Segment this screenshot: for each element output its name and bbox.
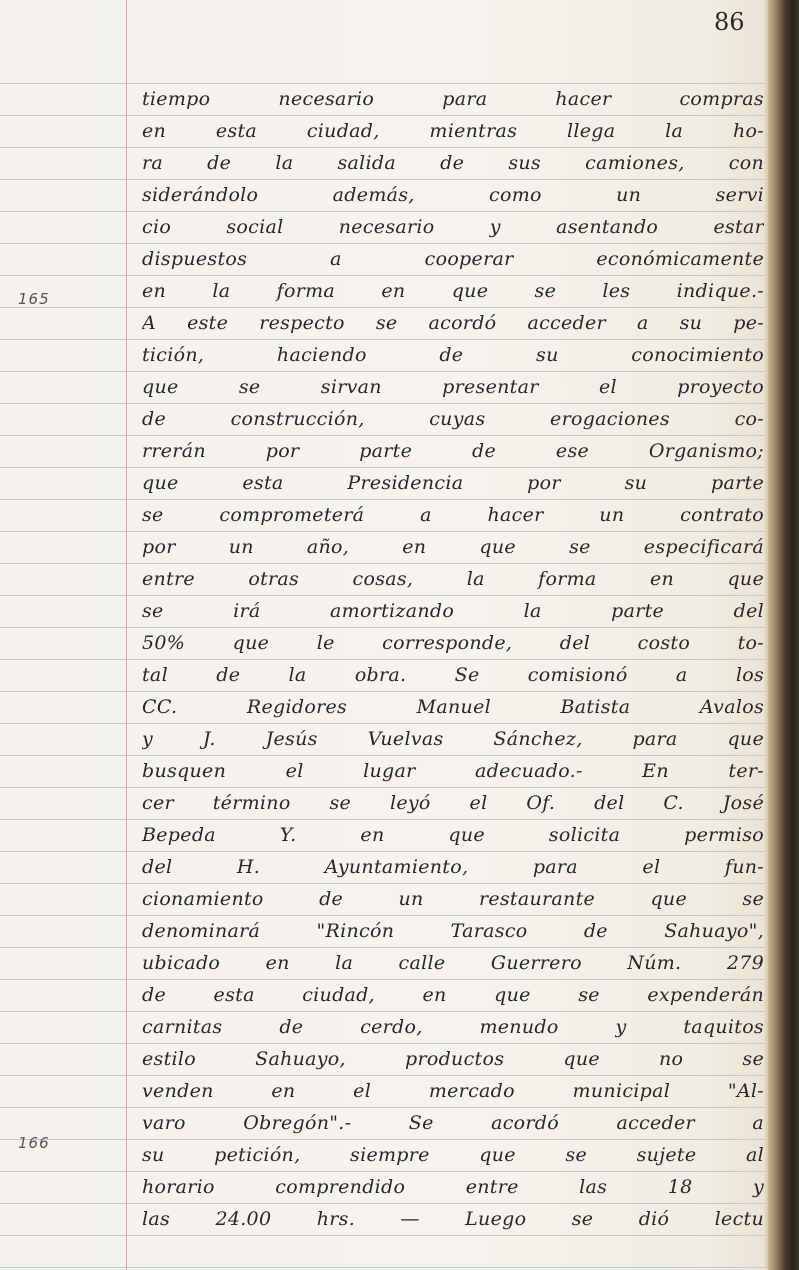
text-line: varo Obregón".- Se acordó acceder a [142,1110,764,1142]
text-line: se irá amortizando la parte del [142,598,764,630]
text-line: horario comprendido entre las 18 y [142,1174,764,1206]
text-line: que esta Presidencia por su parte [142,470,764,502]
text-line: de construcción, cuyas erogaciones co- [142,406,764,438]
handwritten-minutes-text: tiempo necesario para hacer comprasen es… [142,86,764,1238]
page-number: 86 [714,8,745,36]
margin-entry-number: 166 [18,1134,50,1152]
text-line: cer término se leyó el Of. del C. José [142,790,764,822]
text-line: estilo Sahuayo, productos que no se [142,1046,764,1078]
red-margin-line [126,0,127,1270]
text-line: dispuestos a cooperar económicamente [142,246,764,278]
text-line: busquen el lugar adecuado.- En ter- [142,758,764,790]
text-line: del H. Ayuntamiento, para el fun- [142,854,764,886]
text-line: tición, haciendo de su conocimiento [142,342,764,374]
text-line: se comprometerá a hacer un contrato [142,502,764,534]
text-line: cionamiento de un restaurante que se [142,886,764,918]
page-header-area [0,0,768,80]
text-line: A este respecto se acordó acceder a su p… [142,310,764,342]
text-line: de esta ciudad, en que se expenderán [142,982,764,1014]
text-line: en esta ciudad, mientras llega la ho- [142,118,764,150]
text-line: entre otras cosas, la forma en que [142,566,764,598]
text-line: y J. Jesús Vuelvas Sánchez, para que [142,726,764,758]
text-line: por un año, en que se especificará [142,534,764,566]
text-line: rrerán por parte de ese Organismo; [142,438,764,470]
text-line: que se sirvan presentar el proyecto [142,374,764,406]
text-line: cio social necesario y asentando estar [142,214,764,246]
text-line: su petición, siempre que se sujete al [142,1142,764,1174]
margin-entry-number: 165 [18,290,50,308]
text-line: Bepeda Y. en que solicita permiso [142,822,764,854]
text-line: ra de la salida de sus camiones, con [142,150,764,182]
text-line: tal de la obra. Se comisionó a los [142,662,764,694]
text-line: ubicado en la calle Guerrero Núm. 279 [142,950,764,982]
text-line: siderándolo además, como un servi [142,182,764,214]
text-line: 50% que le corresponde, del costo to- [142,630,764,662]
text-line: venden en el mercado municipal "Al- [142,1078,764,1110]
text-line: tiempo necesario para hacer compras [142,86,764,118]
text-line: carnitas de cerdo, menudo y taquitos [142,1014,764,1046]
text-line: en la forma en que se les indique.- [142,278,764,310]
book-binding [768,0,799,1270]
text-line: las 24.00 hrs. — Luego se dió lectu [142,1206,764,1238]
text-line: CC. Regidores Manuel Batista Avalos [142,694,764,726]
text-line: denominará "Rincón Tarasco de Sahuayo", [142,918,764,950]
